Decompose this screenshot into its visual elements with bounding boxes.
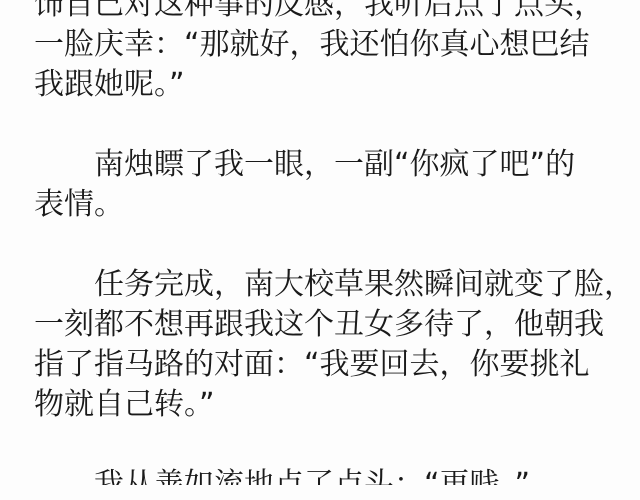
text-line: 一刻都不想再跟我这个丑女多待了，他朝我 [34, 305, 606, 345]
text-line: 饰自己对这种事的反感，我听后点了点头， [34, 0, 606, 25]
text-line: 物就自己转。” [34, 385, 606, 425]
novel-text-page: 饰自己对这种事的反感，我听后点了点头， 一脸庆幸：“那就好，我还怕你真心想巴结 … [0, 0, 640, 485]
paragraph-4: 我从善如流地点了点头：“再贱。” [34, 465, 606, 485]
text-line: 表情。 [34, 185, 606, 225]
text-line: 指了指马路的对面：“我要回去，你要挑礼 [34, 345, 606, 385]
text-line: 我跟她呢。” [34, 65, 606, 105]
text-line: 一脸庆幸：“那就好，我还怕你真心想巴结 [34, 25, 606, 65]
paragraph-1: 饰自己对这种事的反感，我听后点了点头， 一脸庆幸：“那就好，我还怕你真心想巴结 … [34, 0, 606, 105]
text-line: 我从善如流地点了点头：“再贱。” [34, 465, 606, 485]
paragraph-2: 南烛瞟了我一眼，一副“你疯了吧”的 表情。 [34, 145, 606, 225]
text-line: 南烛瞟了我一眼，一副“你疯了吧”的 [34, 145, 606, 185]
paragraph-3: 任务完成，南大校草果然瞬间就变了脸， 一刻都不想再跟我这个丑女多待了，他朝我 指… [34, 265, 606, 425]
text-line: 任务完成，南大校草果然瞬间就变了脸， [34, 265, 606, 305]
